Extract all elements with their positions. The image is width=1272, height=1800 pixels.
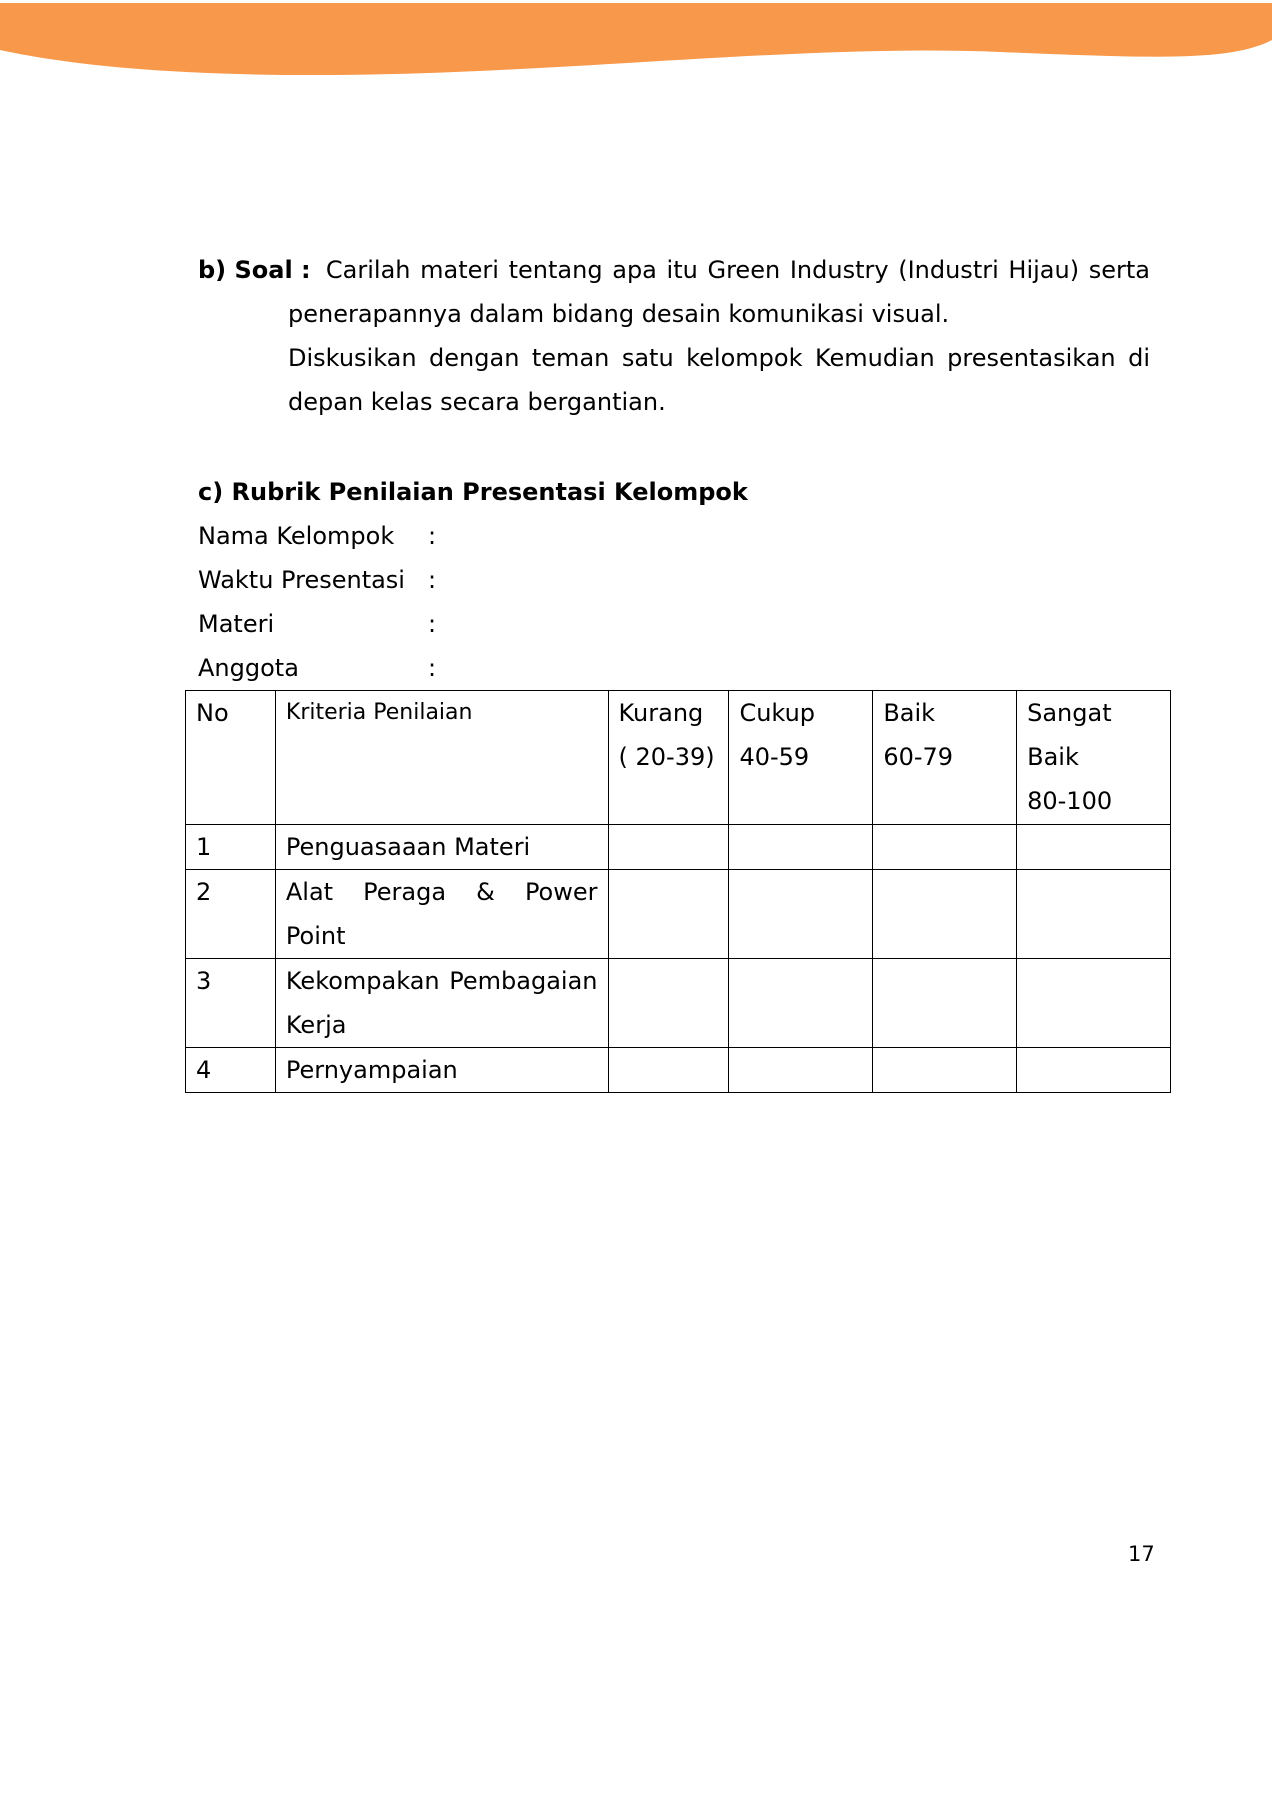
field-waktu-presentasi: Waktu Presentasi: xyxy=(198,558,405,602)
score-cell[interactable] xyxy=(608,959,729,1048)
header-baik: Baik 60-79 xyxy=(873,691,1017,825)
soal-line-4: depan kelas secara bergantian. xyxy=(198,380,1150,424)
field-anggota: Anggota: xyxy=(198,646,299,690)
table-row: 4 Pernyampaian xyxy=(186,1048,1171,1093)
score-cell[interactable] xyxy=(1017,825,1171,870)
soal-section: b) Soal : Carilah materi tentang apa itu… xyxy=(198,248,1150,424)
field-nama-kelompok: Nama Kelompok: xyxy=(198,514,394,558)
header-wave-decoration xyxy=(0,0,1272,80)
score-cell[interactable] xyxy=(873,870,1017,959)
header-no: No xyxy=(186,691,276,825)
score-cell[interactable] xyxy=(873,825,1017,870)
header-kriteria: Kriteria Penilaian xyxy=(275,691,608,825)
score-cell[interactable] xyxy=(1017,870,1171,959)
score-cell[interactable] xyxy=(729,1048,873,1093)
score-cell[interactable] xyxy=(608,870,729,959)
score-cell[interactable] xyxy=(873,1048,1017,1093)
score-cell[interactable] xyxy=(873,959,1017,1048)
header-cukup: Cukup 40-59 xyxy=(729,691,873,825)
soal-line-3: Diskusikan dengan teman satu kelompok Ke… xyxy=(198,336,1150,380)
score-cell[interactable] xyxy=(729,825,873,870)
field-materi: Materi: xyxy=(198,602,274,646)
header-kurang: Kurang ( 20-39) xyxy=(608,691,729,825)
score-cell[interactable] xyxy=(1017,959,1171,1048)
rubric-title: c) Rubrik Penilaian Presentasi Kelompok xyxy=(198,470,748,514)
table-row: 2 Alat Peraga & Power Point xyxy=(186,870,1171,959)
table-header-row: No Kriteria Penilaian Kurang ( 20-39) Cu… xyxy=(186,691,1171,825)
page-number: 17 xyxy=(1128,1542,1155,1566)
soal-line-2: penerapannya dalam bidang desain komunik… xyxy=(198,292,1150,336)
score-cell[interactable] xyxy=(608,825,729,870)
score-cell[interactable] xyxy=(729,870,873,959)
soal-line-1: b) Soal : Carilah materi tentang apa itu… xyxy=(198,248,1150,292)
header-sangat-baik: Sangat Baik 80-100 xyxy=(1017,691,1171,825)
table-row: 1 Penguasaaan Materi xyxy=(186,825,1171,870)
soal-label: b) Soal : xyxy=(198,256,311,284)
score-cell[interactable] xyxy=(1017,1048,1171,1093)
table-row: 3 Kekompakan Pembagaian Kerja xyxy=(186,959,1171,1048)
score-cell[interactable] xyxy=(729,959,873,1048)
score-cell[interactable] xyxy=(608,1048,729,1093)
rubric-table: No Kriteria Penilaian Kurang ( 20-39) Cu… xyxy=(185,690,1171,1093)
